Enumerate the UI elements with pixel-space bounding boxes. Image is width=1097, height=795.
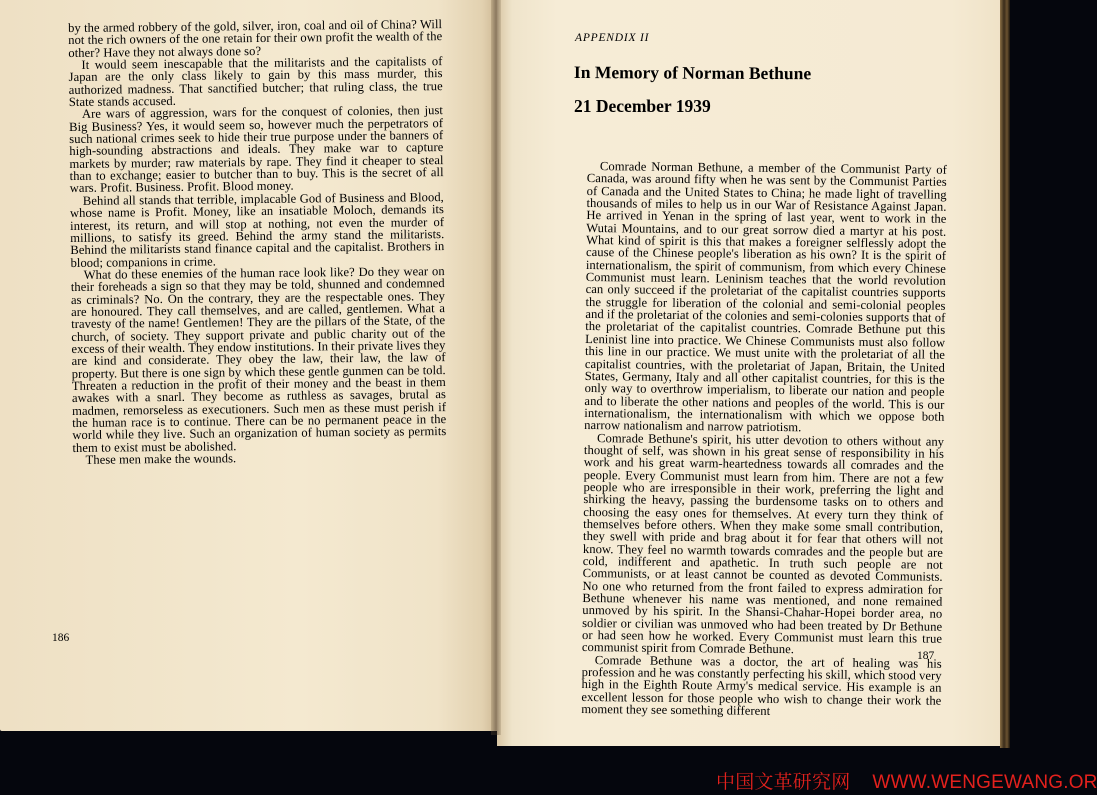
paragraph: Behind all stands that terrible, implaca… <box>70 191 445 269</box>
chapter-title: In Memory of Norman Bethune <box>574 62 811 84</box>
page-number-right: 187 <box>917 650 934 662</box>
paragraph: What do these enemies of the human race … <box>71 265 447 454</box>
paragraph: by the armed robbery of the gold, silver… <box>68 18 442 59</box>
paragraph: Comrade Bethune's spirit, his utter devo… <box>582 432 944 658</box>
right-page-body: Comrade Norman Bethune, a member of the … <box>581 160 947 719</box>
section-label: APPENDIX II <box>575 32 649 44</box>
left-page-body: by the armed robbery of the gold, silver… <box>68 18 447 466</box>
paragraph: Comrade Norman Bethune, a member of the … <box>584 160 947 435</box>
paragraph: Are wars of aggression, wars for the con… <box>69 104 444 194</box>
paragraph: Comrade Bethune was a doctor, the art of… <box>581 654 942 719</box>
paragraph: It would seem inescapable that the milit… <box>68 55 442 108</box>
page-stack-edge <box>1000 0 1010 748</box>
watermark-url: WWW.WENGEWANG.ORG <box>872 772 1097 793</box>
watermark-chinese: 中国文革研究网 <box>716 772 850 793</box>
watermark: 中国文革研究网WWW.WENGEWANG.ORG <box>716 767 1097 794</box>
book-gutter <box>491 0 501 735</box>
page-number-left: 186 <box>52 632 69 644</box>
chapter-date: 21 December 1939 <box>574 96 711 117</box>
